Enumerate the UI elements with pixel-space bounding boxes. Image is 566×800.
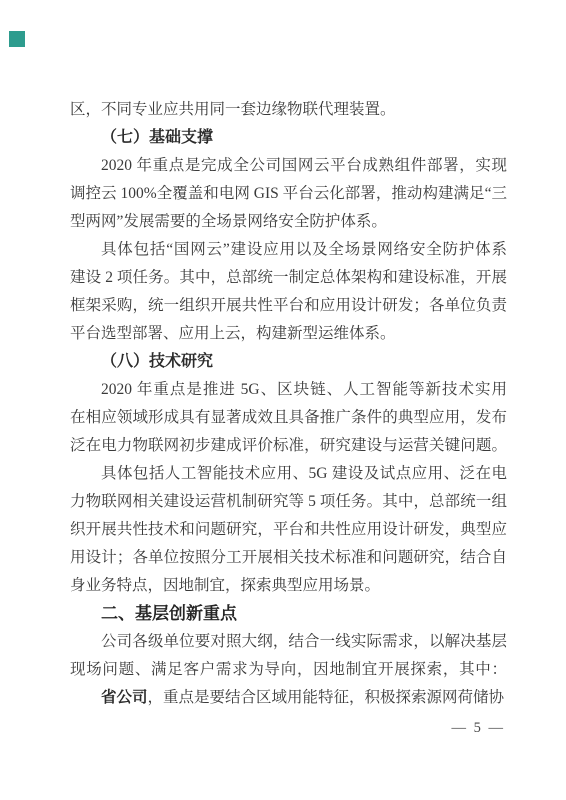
- teal-corner-marker: [9, 31, 25, 47]
- text-line: 织开展共性技术和问题研究，平台和共性应用设计研发，典型应: [70, 516, 507, 544]
- text-line: 2020 年重点是推进 5G、区块链、人工智能等新技术实用化，: [70, 376, 507, 404]
- text-line: 建设 2 项任务。其中，总部统一制定总体架构和建设标准，开展: [70, 264, 507, 292]
- page-number: — 5 —: [452, 714, 506, 742]
- text-line: 公司各级单位要对照大纲，结合一线实际需求，以解决基层: [70, 628, 507, 656]
- text-block: 区，不同专业应共用同一套边缘物联代理装置。（七）基础支撑2020 年重点是完成全…: [70, 96, 507, 712]
- text-line: 框架采购，统一组织开展共性平台和应用设计研发；各单位负责: [70, 292, 507, 320]
- text-line: 具体包括人工智能技术应用、5G 建设及试点应用、泛在电: [70, 460, 507, 488]
- bold-run: 省公司: [101, 689, 148, 706]
- text-line: 力物联网相关建设运营机制研究等 5 项任务。其中，总部统一组: [70, 488, 507, 516]
- text-line: 泛在电力物联网初步建成评价标准，研究建设与运营关键问题。: [70, 432, 507, 460]
- section-heading: （八）技术研究: [70, 348, 507, 376]
- section-heading: （七）基础支撑: [70, 124, 507, 152]
- section-heading: 二、基层创新重点: [70, 600, 507, 628]
- text-line: 调控云 100%全覆盖和电网 GIS 平台云化部署，推动构建满足“三: [70, 180, 507, 208]
- text-line: 身业务特点，因地制宜，探索典型应用场景。: [70, 572, 507, 600]
- text-line: 省公司，重点是要结合区域用能特征，积极探索源网荷储协: [70, 684, 507, 712]
- text-line: 用设计；各单位按照分工开展相关技术标准和问题研究，结合自: [70, 544, 507, 572]
- document-page: 区，不同专业应共用同一套边缘物联代理装置。（七）基础支撑2020 年重点是完成全…: [0, 0, 566, 800]
- text-line: 现场问题、满足客户需求为导向，因地制宜开展探索，其中：: [70, 656, 507, 684]
- text-line: 型两网”发展需要的全场景网络安全防护体系。: [70, 208, 507, 236]
- text-line: 平台选型部署、应用上云，构建新型运维体系。: [70, 320, 507, 348]
- text-line: 具体包括“国网云”建设应用以及全场景网络安全防护体系: [70, 236, 507, 264]
- text-line: 区，不同专业应共用同一套边缘物联代理装置。: [70, 96, 507, 124]
- text-line: 2020 年重点是完成全公司国网云平台成熟组件部署，实现: [70, 152, 507, 180]
- text-line: 在相应领域形成具有显著成效且具备推广条件的典型应用，发布: [70, 404, 507, 432]
